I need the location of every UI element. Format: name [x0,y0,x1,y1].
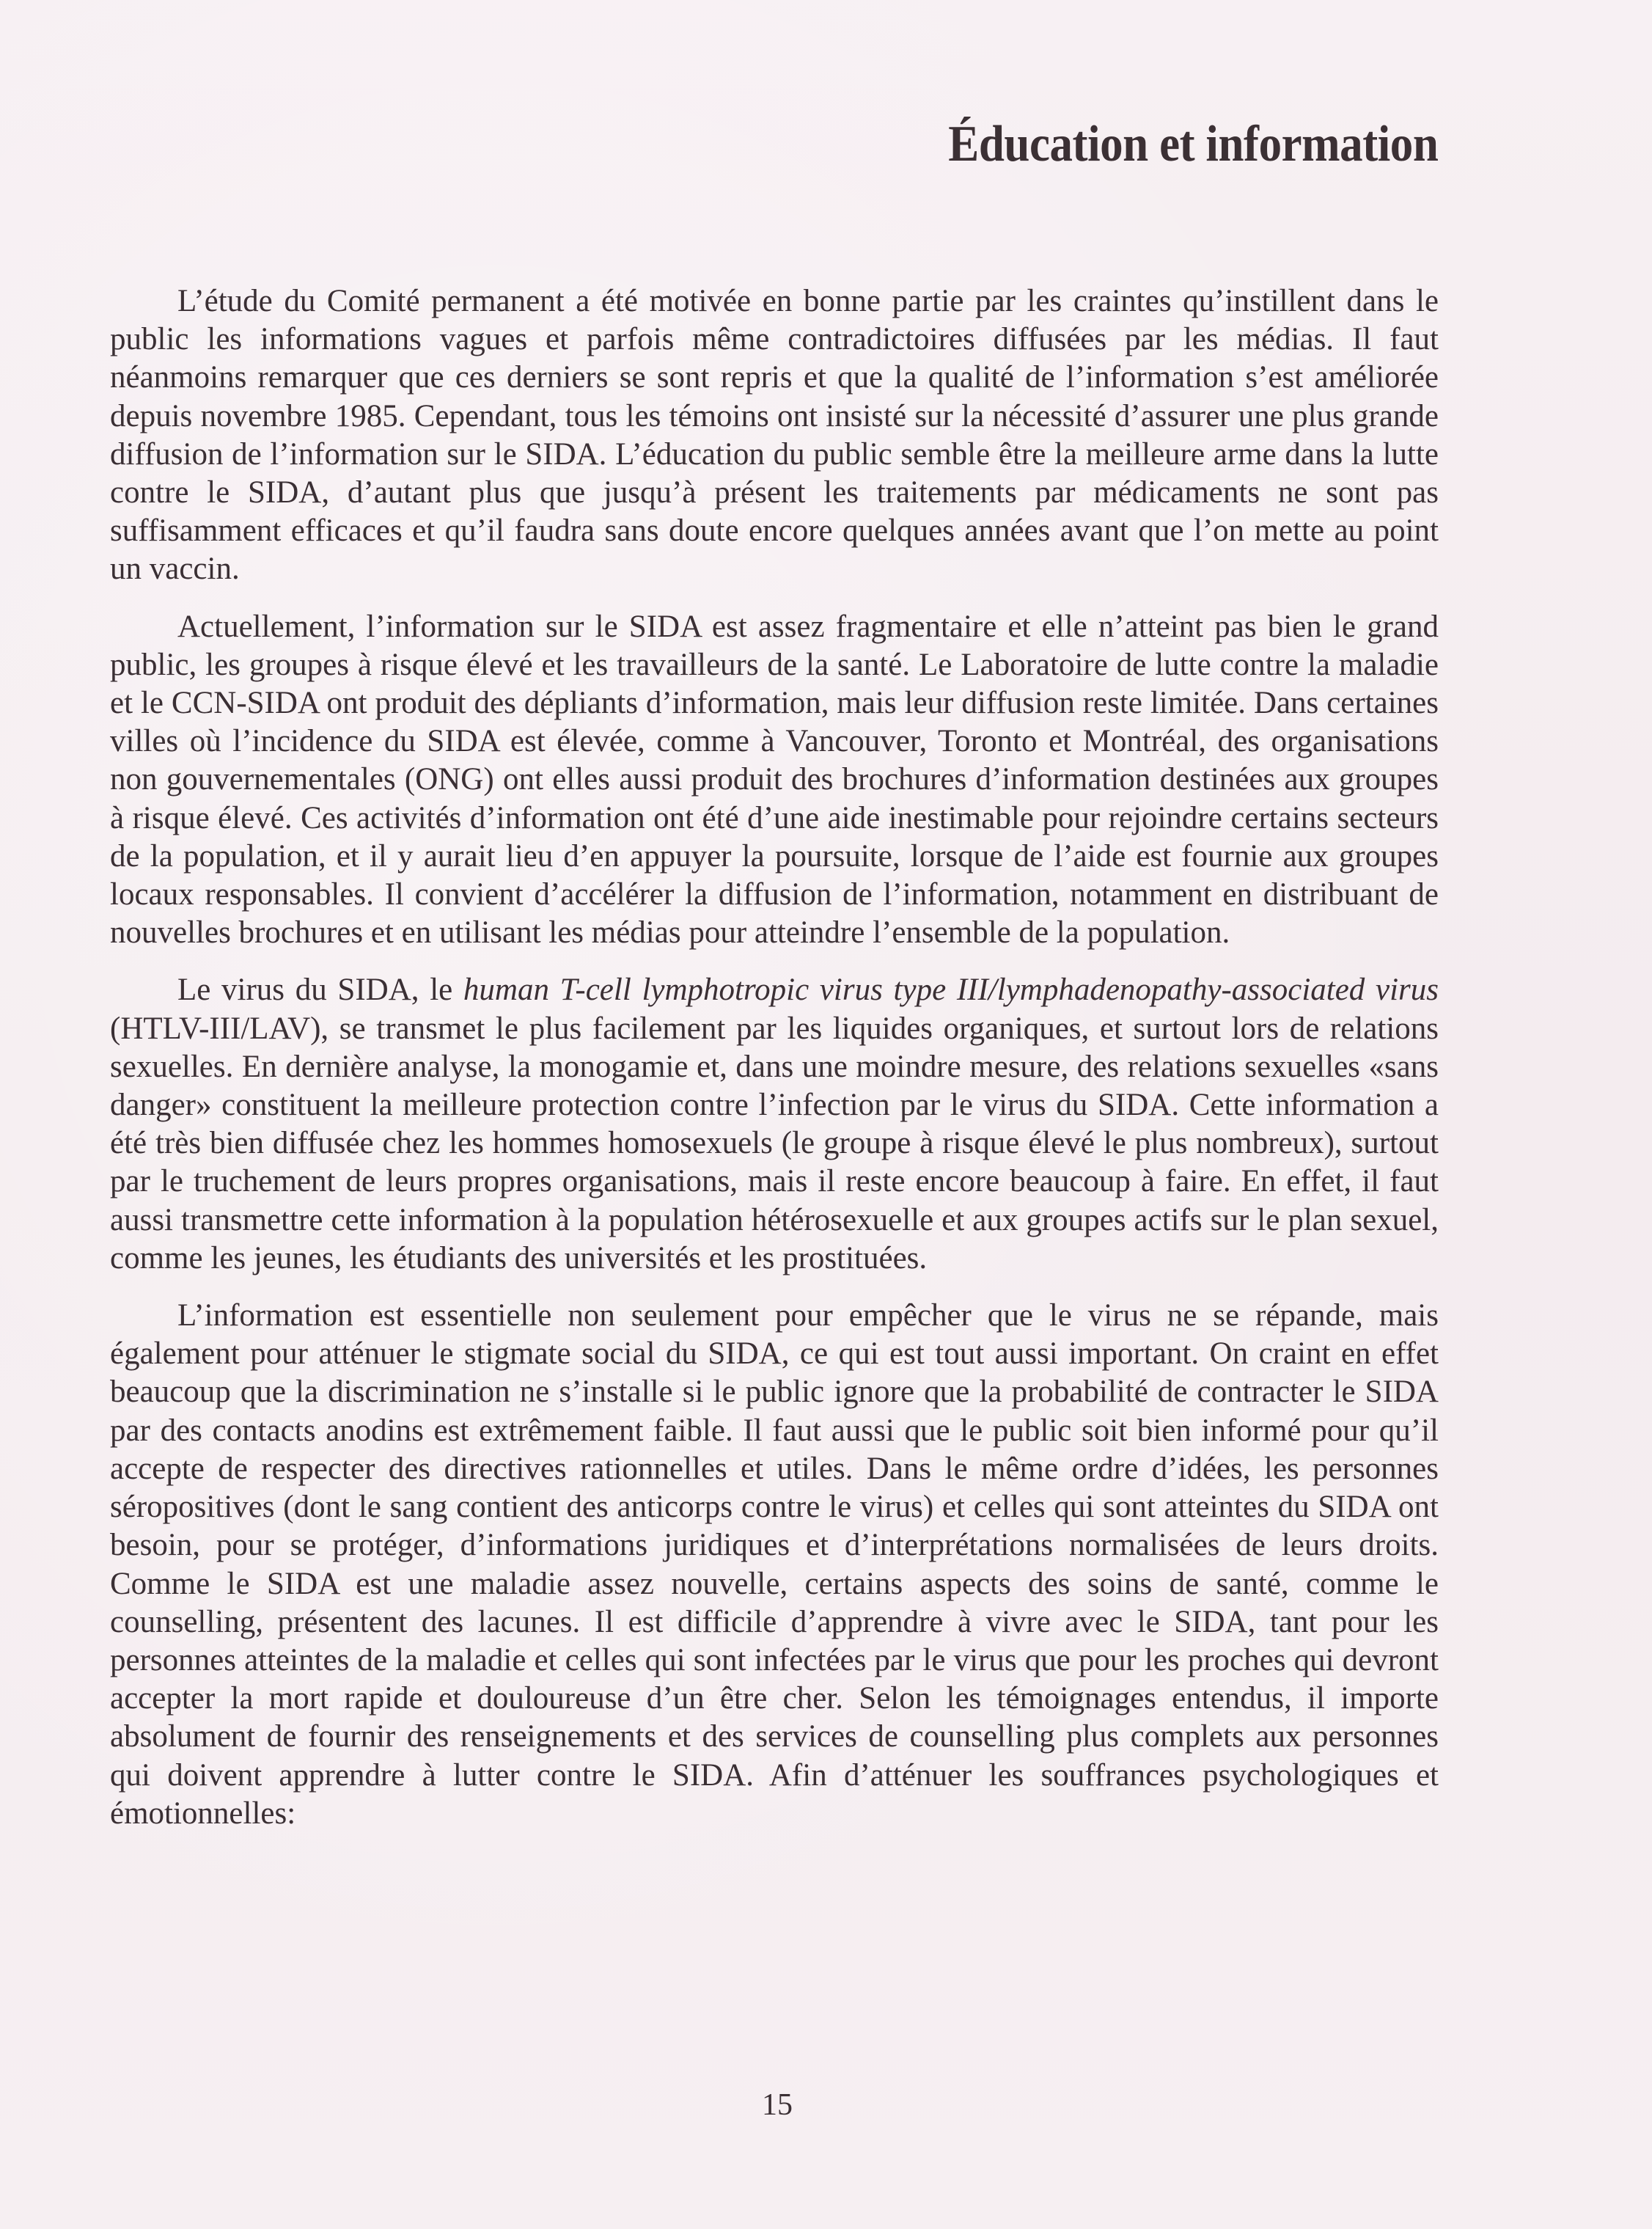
scanned-page: Éducation et information L’étude du Comi… [0,0,1652,2229]
paragraph-3: Le virus du SIDA, le human T-cell lympho… [110,971,1439,1278]
page-number: 15 [748,2086,807,2124]
virus-name-italic: human T-cell lymphotropic virus type III… [463,973,1439,1007]
body-text: L’étude du Comité permanent a été motivé… [110,282,1439,1852]
paragraph-4: L’information est essentielle non seulem… [110,1297,1439,1833]
paragraph-3-lead: Le virus du SIDA, le [177,973,463,1007]
paragraph-2: Actuellement, l’information sur le SIDA … [110,608,1439,953]
section-title: Éducation et information [948,111,1438,177]
paragraph-1: L’étude du Comité permanent a été motivé… [110,282,1439,589]
paragraph-3-rest: (HTLV-III/LAV), se transmet le plus faci… [110,1011,1439,1275]
